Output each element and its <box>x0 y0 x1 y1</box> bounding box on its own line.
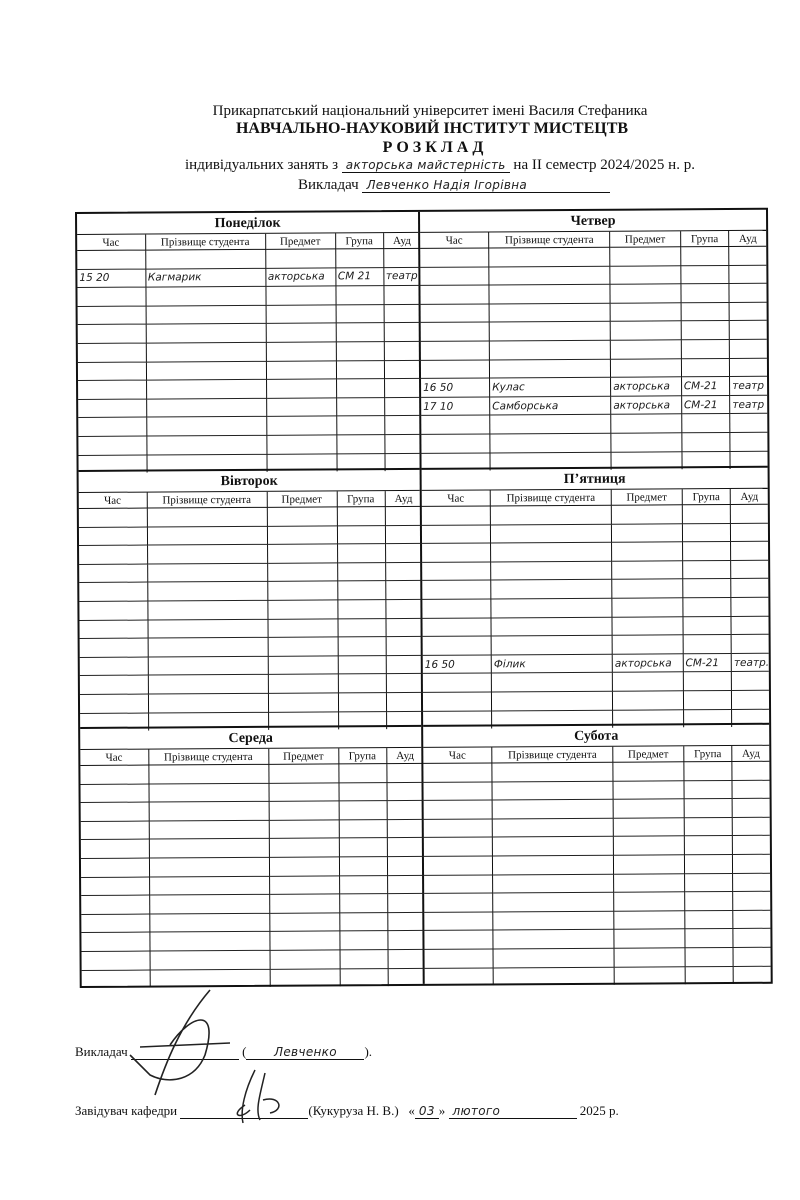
table-cell <box>421 415 490 434</box>
table-cell <box>268 782 338 801</box>
table-cell <box>386 763 423 782</box>
table-cell <box>337 562 385 581</box>
table-cell <box>732 761 769 780</box>
table-cell <box>490 415 611 434</box>
table-cell <box>384 379 421 398</box>
table-cell <box>77 250 145 269</box>
table-cell <box>77 287 145 306</box>
table-row <box>80 637 423 658</box>
table-cell <box>730 504 767 523</box>
table-cell <box>80 638 148 657</box>
table-cell <box>80 694 148 713</box>
document-title: РОЗКЛАД <box>35 139 800 157</box>
day-title: Середа <box>80 727 421 750</box>
table-cell <box>422 562 491 581</box>
table-cell <box>148 693 268 712</box>
table-cell <box>385 581 422 600</box>
table-cell: СМ-21 <box>683 653 732 672</box>
table-cell: Самборська <box>490 396 611 415</box>
table-cell <box>613 818 684 837</box>
table-cell <box>384 341 421 360</box>
footer-date-day: 03 <box>415 1104 439 1119</box>
table-row <box>81 931 424 952</box>
table-cell <box>610 303 681 322</box>
table-cell <box>337 507 385 526</box>
table-cell <box>266 360 336 379</box>
table-cell <box>268 674 338 693</box>
teacher-line: Викладач Левченко Надія Ігорівна <box>298 177 610 194</box>
table-cell <box>335 249 383 268</box>
column-header: Предмет <box>611 489 682 505</box>
table-cell <box>681 321 730 340</box>
column-header: Прізвище студента <box>492 747 613 763</box>
table-cell <box>386 655 423 674</box>
column-header: Група <box>680 231 729 247</box>
table-cell: акторська <box>265 268 335 287</box>
table-cell <box>147 563 267 582</box>
table-row <box>423 690 769 711</box>
table-cell <box>684 854 733 873</box>
table-cell <box>269 801 339 820</box>
table-cell <box>78 362 146 381</box>
column-header: Час <box>79 493 147 509</box>
table-cell: Філик <box>491 654 612 673</box>
table-cell <box>267 525 337 544</box>
table-cell <box>610 284 681 303</box>
table-cell <box>339 819 387 838</box>
table-cell <box>421 434 490 453</box>
table-cell <box>683 672 732 691</box>
table-cell <box>148 656 268 675</box>
table-cell <box>81 877 149 896</box>
table-cell: театр <box>730 395 767 414</box>
table-cell <box>147 582 267 601</box>
column-header: Час <box>423 747 492 763</box>
column-header: Ауд <box>730 489 767 505</box>
table-cell <box>147 526 267 545</box>
table-row <box>78 416 421 437</box>
table-row <box>79 544 422 565</box>
table-cell <box>732 690 769 709</box>
table-cell: акторська <box>611 396 682 415</box>
table-cell <box>422 580 491 599</box>
table-cell <box>612 598 683 617</box>
table-cell <box>612 579 683 598</box>
table-cell <box>612 542 683 561</box>
table-cell <box>78 380 146 399</box>
table-cell <box>685 929 734 948</box>
table-cell <box>269 913 339 932</box>
table-cell <box>267 600 337 619</box>
column-header: Група <box>338 748 386 764</box>
footer-teacher-name: Левченко <box>246 1045 364 1060</box>
table-cell <box>269 820 339 839</box>
table-cell <box>682 542 731 561</box>
table-cell <box>489 303 610 322</box>
teacher-field: Левченко Надія Ігорівна <box>362 178 610 193</box>
table-cell <box>339 875 387 894</box>
table-row <box>78 360 421 381</box>
table-cell <box>489 340 610 359</box>
table-cell <box>422 618 491 637</box>
table-cell <box>732 798 769 817</box>
table-cell <box>682 432 731 451</box>
table-row <box>78 397 421 418</box>
table-cell <box>492 799 613 818</box>
table-row <box>77 286 420 307</box>
footer-head-name: (Кукуруза Н. В.) <box>308 1103 398 1118</box>
table-cell <box>147 545 267 564</box>
table-cell <box>685 910 734 929</box>
table-row <box>423 761 769 782</box>
table-cell <box>491 673 612 692</box>
column-header: Час <box>77 235 145 251</box>
table-cell <box>80 765 148 784</box>
table-cell <box>489 247 610 266</box>
table-cell <box>491 524 612 543</box>
subtitle-prefix: індивідуальних занять з <box>185 157 338 173</box>
table-cell <box>387 912 424 931</box>
table-row <box>420 246 766 267</box>
table-cell <box>336 397 384 416</box>
table-cell <box>81 932 149 951</box>
table-cell <box>147 619 267 638</box>
table-row <box>79 581 422 602</box>
table-cell: театр. <box>731 653 768 672</box>
table-cell <box>79 527 147 546</box>
table-cell <box>493 892 614 911</box>
table-cell <box>339 838 387 857</box>
column-header: Група <box>337 491 385 507</box>
table-row <box>423 780 769 801</box>
table-cell <box>492 818 613 837</box>
table-cell <box>684 761 733 780</box>
table-cell <box>265 286 335 305</box>
table-row <box>421 414 767 435</box>
table-cell <box>731 597 768 616</box>
table-cell <box>146 324 266 343</box>
table-cell <box>78 306 146 325</box>
table-cell: акторська <box>612 654 683 673</box>
table-cell <box>493 930 614 949</box>
table-row <box>422 579 768 600</box>
institute-name: НАВЧАЛЬНО-НАУКОВИЙ ІНСТИТУТ МИСТЕЦТВ <box>32 120 800 138</box>
table-cell <box>681 339 730 358</box>
table-row <box>421 432 767 453</box>
table-cell <box>148 764 268 783</box>
table-cell <box>681 265 730 284</box>
table-row <box>422 504 768 525</box>
table-row <box>81 838 424 859</box>
table-row <box>79 599 422 620</box>
table-cell <box>386 674 423 693</box>
subtitle-line: індивідуальних занять з акторська майсте… <box>185 157 695 174</box>
table-cell <box>336 360 384 379</box>
table-cell <box>81 802 149 821</box>
table-cell <box>385 525 422 544</box>
table-cell <box>80 784 148 803</box>
table-cell <box>146 342 266 361</box>
table-cell <box>338 674 386 693</box>
table-row <box>80 782 423 803</box>
table-cell <box>424 837 493 856</box>
column-header: Прізвище студента <box>147 492 267 508</box>
table-cell <box>338 782 386 801</box>
table-row <box>421 321 767 342</box>
table-cell <box>683 690 732 709</box>
table-cell <box>336 323 384 342</box>
table-cell <box>150 950 270 969</box>
day-table: ЧасПрізвище студентаПредметГрупаАуд <box>423 746 770 986</box>
table-cell <box>422 525 491 544</box>
table-cell: театр <box>730 376 767 395</box>
table-cell <box>268 764 338 783</box>
table-cell <box>424 930 493 949</box>
table-cell <box>423 692 492 711</box>
table-cell <box>420 285 489 304</box>
table-cell <box>729 302 766 321</box>
subtitle-suffix: на II семестр 2024/2025 н. р. <box>513 157 695 173</box>
table-cell <box>338 693 386 712</box>
table-cell <box>337 544 385 563</box>
table-cell <box>268 637 338 656</box>
table-cell <box>681 284 730 303</box>
table-cell <box>613 836 684 855</box>
table-cell <box>266 398 336 417</box>
day-title: Понеділок <box>77 212 418 235</box>
table-cell <box>266 435 336 454</box>
table-row: 16 50КуласакторськаСМ-21театр <box>421 376 767 397</box>
table-cell <box>729 246 766 265</box>
column-header: Група <box>682 489 731 505</box>
table-cell <box>387 894 424 913</box>
table-cell <box>612 561 683 580</box>
table-cell <box>612 616 683 635</box>
table-cell <box>79 508 147 527</box>
column-header: Ауд <box>386 748 423 764</box>
table-row <box>79 562 422 583</box>
table-cell <box>424 912 493 931</box>
left-column: ПонеділокЧасПрізвище студентаПредметГруп… <box>77 212 425 986</box>
table-cell <box>492 691 613 710</box>
table-cell <box>422 506 491 525</box>
table-cell <box>731 616 768 635</box>
day-saturday: СуботаЧасПрізвище студентаПредметГрупаАу… <box>423 723 771 986</box>
table-cell <box>145 287 265 306</box>
table-cell <box>339 857 387 876</box>
table-cell <box>493 855 614 874</box>
table-cell <box>339 801 387 820</box>
table-cell <box>147 507 267 526</box>
table-cell <box>387 838 424 857</box>
table-cell <box>490 359 611 378</box>
table-row <box>421 339 767 360</box>
table-cell <box>78 436 146 455</box>
column-header: Предмет <box>265 233 335 249</box>
table-cell <box>684 892 733 911</box>
day-table: ЧасПрізвище студентаПредметГрупаАуд16 50… <box>420 231 767 471</box>
schedule-grid: ПонеділокЧасПрізвище студентаПредметГруп… <box>75 208 773 988</box>
table-row <box>78 304 421 325</box>
table-cell <box>269 894 339 913</box>
table-cell <box>733 891 770 910</box>
table-row <box>424 873 770 894</box>
table-row <box>81 875 424 896</box>
table-cell <box>386 782 423 801</box>
table-cell <box>269 931 339 950</box>
table-row <box>82 949 425 970</box>
table-cell <box>491 598 612 617</box>
table-row <box>80 655 423 676</box>
table-cell <box>684 799 733 818</box>
table-cell <box>266 342 336 361</box>
table-cell: 17 10 <box>421 397 490 416</box>
table-cell: СМ 21 <box>335 267 383 286</box>
table-cell <box>614 966 685 985</box>
day-title: Четвер <box>420 210 766 233</box>
table-cell <box>148 637 268 656</box>
head-signature-icon <box>225 1065 295 1125</box>
table-cell <box>733 910 770 929</box>
table-cell <box>684 873 733 892</box>
column-header: Прізвище студента <box>145 234 265 250</box>
table-cell <box>79 582 147 601</box>
table-row: 15 20КагмарикакторськаСМ 21театр <box>77 267 420 288</box>
table-row <box>420 283 766 304</box>
table-row <box>79 506 422 527</box>
table-cell <box>149 876 269 895</box>
table-cell <box>682 505 731 524</box>
table-cell <box>337 618 385 637</box>
table-row <box>78 341 421 362</box>
table-cell <box>680 247 729 266</box>
table-cell <box>385 618 422 637</box>
column-header: Предмет <box>267 491 337 507</box>
table-cell <box>384 416 421 435</box>
table-cell <box>269 875 339 894</box>
table-row <box>424 929 770 950</box>
footer-head-line: Завідувач кафедри (Кукуруза Н. В.) «03» … <box>75 1103 619 1119</box>
table-cell <box>384 304 421 323</box>
table-cell <box>424 893 493 912</box>
table-cell <box>489 266 610 285</box>
table-cell <box>145 249 265 268</box>
table-cell: СМ-21 <box>681 377 730 396</box>
table-cell <box>266 305 336 324</box>
table-cell <box>81 895 149 914</box>
table-cell <box>491 635 612 654</box>
table-cell <box>421 341 490 360</box>
footer-date-year: 2025 р. <box>580 1103 619 1118</box>
table-cell <box>611 414 682 433</box>
table-cell <box>384 434 421 453</box>
table-cell <box>336 342 384 361</box>
table-cell <box>493 874 614 893</box>
table-row <box>79 525 422 546</box>
table-row <box>424 910 770 931</box>
table-cell <box>269 857 339 876</box>
table-cell <box>338 764 386 783</box>
table-cell <box>684 817 733 836</box>
table-cell <box>731 560 768 579</box>
day-table: ЧасПрізвище студентаПредметГрупаАуд <box>79 491 423 731</box>
day-title: Вівторок <box>79 470 420 493</box>
table-cell <box>78 399 146 418</box>
table-row <box>81 819 424 840</box>
table-cell <box>731 672 768 691</box>
table-cell <box>493 948 614 967</box>
table-cell <box>267 507 337 526</box>
table-row <box>424 854 770 875</box>
table-row <box>77 248 420 269</box>
day-friday: П’ятницяЧасПрізвище студентаПредметГрупа… <box>422 466 770 729</box>
table-cell <box>383 286 420 305</box>
table-cell <box>420 248 489 267</box>
table-row <box>78 323 421 344</box>
table-cell <box>613 691 684 710</box>
table-cell <box>81 858 149 877</box>
table-cell <box>424 800 493 819</box>
table-cell <box>266 323 336 342</box>
teacher-label: Викладач <box>298 177 359 193</box>
table-cell <box>268 693 338 712</box>
table-cell <box>610 321 681 340</box>
table-cell <box>79 545 147 564</box>
table-cell <box>384 323 421 342</box>
table-cell <box>78 343 146 362</box>
table-cell <box>336 416 384 435</box>
column-header: Ауд <box>729 231 766 247</box>
column-header: Ауд <box>732 746 769 762</box>
table-cell <box>387 801 424 820</box>
table-cell <box>421 304 490 323</box>
table-cell <box>424 875 493 894</box>
table-cell <box>683 616 732 635</box>
table-cell <box>732 836 769 855</box>
table-cell <box>340 968 388 986</box>
table-cell <box>614 948 685 967</box>
day-table: ЧасПрізвище студентаПредметГрупаАуд15 20… <box>77 233 421 473</box>
table-cell <box>149 857 269 876</box>
table-cell <box>733 947 770 966</box>
table-cell <box>611 433 682 452</box>
table-cell <box>729 283 766 302</box>
table-cell <box>730 432 767 451</box>
table-cell <box>147 600 267 619</box>
table-row <box>424 891 770 912</box>
table-cell <box>731 523 768 542</box>
table-cell <box>733 929 770 948</box>
table-cell <box>683 597 732 616</box>
table-cell <box>386 692 423 711</box>
column-header: Час <box>422 490 491 506</box>
table-row <box>424 817 770 838</box>
table-row <box>79 618 422 639</box>
table-cell <box>270 950 340 969</box>
day-table: ЧасПрізвище студентаПредметГрупаАуд16 50… <box>422 489 769 729</box>
table-cell <box>340 950 388 969</box>
table-row <box>81 856 424 877</box>
table-row <box>423 634 769 655</box>
table-cell <box>268 656 338 675</box>
table-cell <box>492 837 613 856</box>
footer-head-label: Завідувач кафедри <box>75 1103 177 1118</box>
table-cell <box>335 286 383 305</box>
table-cell <box>425 967 494 986</box>
table-cell <box>270 968 340 987</box>
table-cell <box>269 838 339 857</box>
table-cell <box>267 581 337 600</box>
